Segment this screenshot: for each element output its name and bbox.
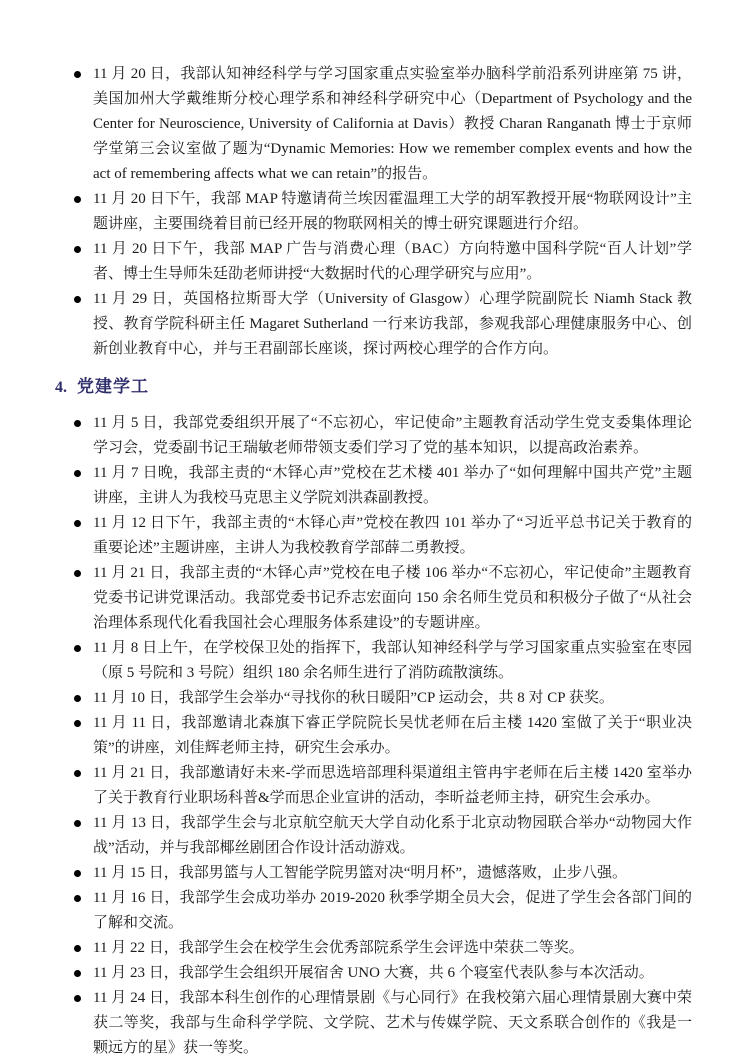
- list-item: 11 月 11 日，我部邀请北森旗下睿正学院院长吴忧老师在后主楼 1420 室做…: [55, 711, 692, 761]
- events-continued-list: 11 月 20 日，我部认知神经科学与学习国家重点实验室举办脑科学前沿系列讲座第…: [55, 62, 692, 362]
- bullet-icon: [74, 820, 81, 827]
- bullet-icon: [74, 71, 81, 78]
- list-item-text: 11 月 11 日，我部邀请北森旗下睿正学院院长吴忧老师在后主楼 1420 室做…: [93, 711, 692, 761]
- list-item-text: 11 月 23 日，我部学生会组织开展宿舍 UNO 大赛，共 6 个寝室代表队参…: [93, 961, 692, 986]
- list-item: 11 月 7 日晚，我部主责的“木铎心声”党校在艺术楼 401 举办了“如何理解…: [55, 461, 692, 511]
- bullet-icon: [74, 695, 81, 702]
- bullet-icon: [74, 870, 81, 877]
- list-item-text: 11 月 21 日，我部主责的“木铎心声”党校在电子楼 106 举办“不忘初心，…: [93, 561, 692, 636]
- list-item-text: 11 月 13 日，我部学生会与北京航空航天大学自动化系于北京动物园联合举办“动…: [93, 811, 692, 861]
- bullet-icon: [74, 520, 81, 527]
- list-item: 11 月 13 日，我部学生会与北京航空航天大学自动化系于北京动物园联合举办“动…: [55, 811, 692, 861]
- bullet-icon: [74, 420, 81, 427]
- list-item-text: 11 月 24 日，我部本科生创作的心理情景剧《与心同行》在我校第六届心理情景剧…: [93, 986, 692, 1060]
- document-page: 11 月 20 日，我部认知神经科学与学习国家重点实验室举办脑科学前沿系列讲座第…: [0, 0, 750, 1060]
- list-item-text: 11 月 29 日，英国格拉斯哥大学（University of Glasgow…: [93, 287, 692, 362]
- list-item: 11 月 21 日，我部主责的“木铎心声”党校在电子楼 106 举办“不忘初心，…: [55, 561, 692, 636]
- list-item: 11 月 15 日，我部男篮与人工智能学院男篮对决“明月杯”，遗憾落败，止步八强…: [55, 861, 692, 886]
- list-item: 11 月 20 日，我部认知神经科学与学习国家重点实验室举办脑科学前沿系列讲座第…: [55, 62, 692, 187]
- list-item-text: 11 月 7 日晚，我部主责的“木铎心声”党校在艺术楼 401 举办了“如何理解…: [93, 461, 692, 511]
- section-heading: 4.党建学工: [55, 373, 692, 400]
- list-item: 11 月 23 日，我部学生会组织开展宿舍 UNO 大赛，共 6 个寝室代表队参…: [55, 961, 692, 986]
- list-item: 11 月 16 日，我部学生会成功举办 2019-2020 秋季学期全员大会，促…: [55, 886, 692, 936]
- list-item: 11 月 20 日下午，我部 MAP 广告与消费心理（BAC）方向特邀中国科学院…: [55, 237, 692, 287]
- bullet-icon: [74, 570, 81, 577]
- bullet-icon: [74, 945, 81, 952]
- list-item-text: 11 月 16 日，我部学生会成功举办 2019-2020 秋季学期全员大会，促…: [93, 886, 692, 936]
- bullet-icon: [74, 196, 81, 203]
- bullet-icon: [74, 970, 81, 977]
- list-item: 11 月 24 日，我部本科生创作的心理情景剧《与心同行》在我校第六届心理情景剧…: [55, 986, 692, 1060]
- list-item: 11 月 5 日，我部党委组织开展了“不忘初心，牢记使命”主题教育活动学生党支委…: [55, 411, 692, 461]
- list-item-text: 11 月 12 日下午，我部主责的“木铎心声”党校在教四 101 举办了“习近平…: [93, 511, 692, 561]
- section-number: 4.: [55, 379, 67, 396]
- list-item-text: 11 月 20 日，我部认知神经科学与学习国家重点实验室举办脑科学前沿系列讲座第…: [93, 62, 692, 187]
- bullet-icon: [74, 720, 81, 727]
- list-item: 11 月 21 日，我部邀请好未来-学而思选培部理科渠道组主管冉宇老师在后主楼 …: [55, 761, 692, 811]
- party-student-work-list: 11 月 5 日，我部党委组织开展了“不忘初心，牢记使命”主题教育活动学生党支委…: [55, 411, 692, 1060]
- bullet-icon: [74, 296, 81, 303]
- section-title: 党建学工: [77, 377, 149, 396]
- list-item-text: 11 月 5 日，我部党委组织开展了“不忘初心，牢记使命”主题教育活动学生党支委…: [93, 411, 692, 461]
- list-item: 11 月 10 日，我部学生会举办“寻找你的秋日暖阳”CP 运动会，共 8 对 …: [55, 686, 692, 711]
- list-item: 11 月 22 日，我部学生会在校学生会优秀部院系学生会评选中荣获二等奖。: [55, 936, 692, 961]
- list-item-text: 11 月 15 日，我部男篮与人工智能学院男篮对决“明月杯”，遗憾落败，止步八强…: [93, 861, 692, 886]
- list-item-text: 11 月 20 日下午，我部 MAP 特邀请荷兰埃因霍温理工大学的胡军教授开展“…: [93, 187, 692, 237]
- list-item: 11 月 12 日下午，我部主责的“木铎心声”党校在教四 101 举办了“习近平…: [55, 511, 692, 561]
- list-item: 11 月 8 日上午，在学校保卫处的指挥下，我部认知神经科学与学习国家重点实验室…: [55, 636, 692, 686]
- list-item: 11 月 20 日下午，我部 MAP 特邀请荷兰埃因霍温理工大学的胡军教授开展“…: [55, 187, 692, 237]
- list-item-text: 11 月 10 日，我部学生会举办“寻找你的秋日暖阳”CP 运动会，共 8 对 …: [93, 686, 692, 711]
- bullet-icon: [74, 470, 81, 477]
- bullet-icon: [74, 895, 81, 902]
- list-item: 11 月 29 日，英国格拉斯哥大学（University of Glasgow…: [55, 287, 692, 362]
- list-item-text: 11 月 20 日下午，我部 MAP 广告与消费心理（BAC）方向特邀中国科学院…: [93, 237, 692, 287]
- bullet-icon: [74, 770, 81, 777]
- list-item-text: 11 月 21 日，我部邀请好未来-学而思选培部理科渠道组主管冉宇老师在后主楼 …: [93, 761, 692, 811]
- list-item-text: 11 月 8 日上午，在学校保卫处的指挥下，我部认知神经科学与学习国家重点实验室…: [93, 636, 692, 686]
- bullet-icon: [74, 246, 81, 253]
- bullet-icon: [74, 995, 81, 1002]
- list-item-text: 11 月 22 日，我部学生会在校学生会优秀部院系学生会评选中荣获二等奖。: [93, 936, 692, 961]
- bullet-icon: [74, 645, 81, 652]
